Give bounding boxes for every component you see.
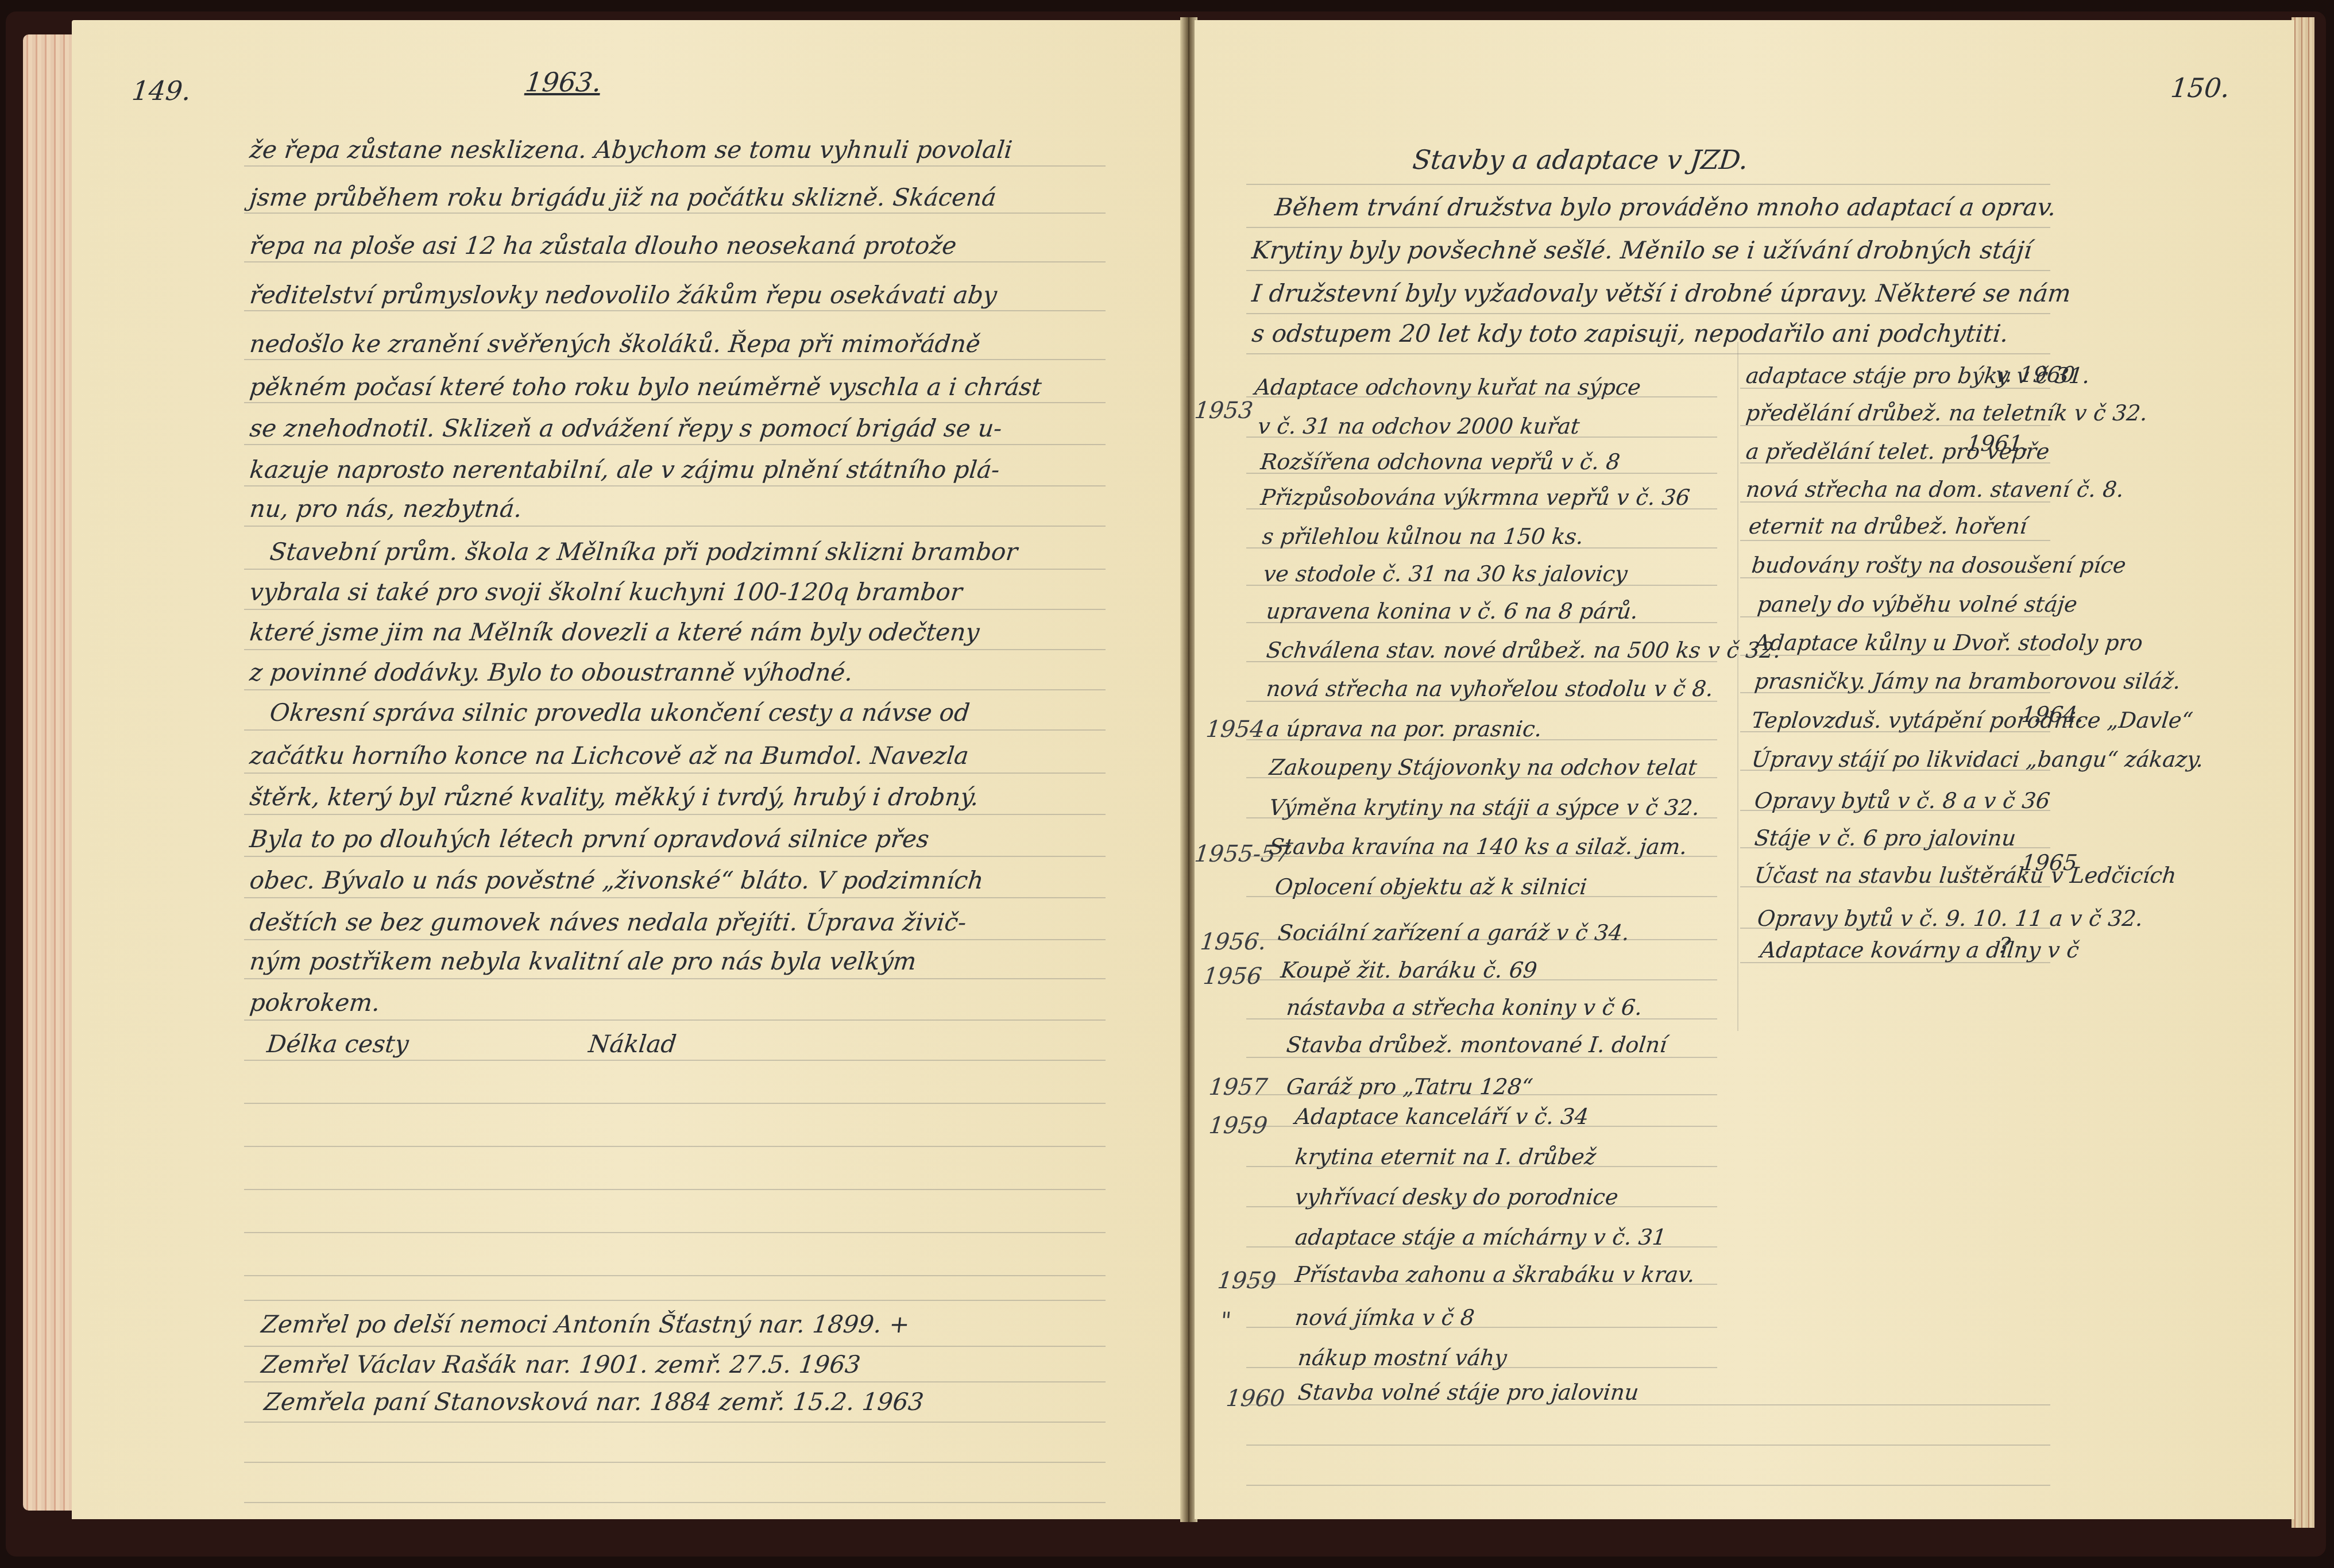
list-item: Oplocení objektu až k silnici <box>1274 876 1588 898</box>
year-heading: 1963. <box>524 69 603 95</box>
list-item: panely do výběhu volné stáje <box>1756 593 2078 615</box>
list-item: krytina eternit na I. drůbež <box>1294 1146 1597 1168</box>
text-line: řepa na ploše asi 12 ha zůstala dlouho n… <box>249 234 958 258</box>
text-line: se znehodnotil. Sklizeň a odvážení řepy … <box>249 416 1003 441</box>
list-item: eternit na drůbež. hoření <box>1748 515 2028 537</box>
text-line: Okresní správa silnic provedla ukončení … <box>269 701 971 725</box>
text-line: kazuje naprosto nerentabilní, ale v zájm… <box>249 458 1001 482</box>
year-note: 1965 <box>2020 852 2078 874</box>
column-header-length: Délka cesty <box>266 1032 410 1056</box>
text-line: nedošlo ke zranění svěřených školáků. Ře… <box>249 332 981 356</box>
text-line: pokrokem. <box>249 991 381 1015</box>
text-line: pěkném počasí které toho roku bylo neúmě… <box>249 375 1043 399</box>
year-note: v. 1960 <box>1995 364 2076 385</box>
right-page: 150. Stavby a adaptace v JZD. Během trvá… <box>1195 20 2294 1519</box>
list-item: vyhřívací desky do porodnice <box>1294 1186 1620 1208</box>
list-item: nástavba a střecha koniny v č 6. <box>1285 997 1643 1018</box>
text-line: nu, pro nás, nezbytná. <box>249 497 523 521</box>
text-line: I družstevní byly vyžadovaly větší i dro… <box>1251 281 2072 306</box>
year-label: 1954 <box>1205 718 1266 741</box>
list-item: adaptace stáje a míchárny v č. 31 <box>1294 1226 1667 1248</box>
year-label: 1956 <box>1202 965 1263 988</box>
list-item: nákup mostní váhy <box>1297 1347 1508 1369</box>
list-item: Výměna krytiny na stáji a sýpce v č 32. <box>1268 797 1701 818</box>
text-line: že řepa zůstane nesklizena. Abychom se t… <box>249 138 1014 162</box>
list-item: prasničky. Jámy na bramborovou siláž. <box>1753 670 2182 692</box>
list-item: Opravy bytů v č. 8 a v č 36 <box>1753 790 2051 812</box>
section-title: Stavby a adaptace v JZD. <box>1412 146 1749 173</box>
text-line: ředitelství průmyslovky nedovolilo žákům… <box>249 283 998 307</box>
list-item: Sociální zařízení a garáž v č 34. <box>1277 922 1630 944</box>
text-line: jsme průběhem roku brigádu již na počátk… <box>249 186 998 210</box>
list-item: Koupě žit. baráku č. 69 <box>1280 959 1538 981</box>
list-item: Přístavba zahonu a škrabáku v krav. <box>1294 1264 1696 1285</box>
list-item: Opravy bytů v č. 9. 10. 11 a v č 32. <box>1756 907 2144 929</box>
list-item: Přizpůsobována výkrmna vepřů v č. 36 <box>1259 486 1691 508</box>
text-line: Během trvání družstva bylo prováděno mno… <box>1274 195 2057 219</box>
list-item: Schválena stav. nové drůbež. na 500 ks v… <box>1265 639 1782 661</box>
list-item: nová jímka v č 8 <box>1294 1307 1475 1328</box>
death-record: Zemřela paní Stanovsková nar. 1884 zemř.… <box>263 1390 925 1414</box>
list-item: Stavba volné stáje pro jalovinu <box>1297 1381 1640 1403</box>
death-record: Zemřel Václav Rašák nar. 1901. zemř. 27.… <box>260 1353 862 1377</box>
text-line: vybrala si také pro svoji školní kuchyni… <box>249 580 964 604</box>
text-line: štěrk, který byl různé kvality, měkký i … <box>249 785 980 809</box>
year-label: 1959 <box>1216 1269 1277 1292</box>
text-line: z povinné dodávky. Bylo to oboustranně v… <box>249 661 854 685</box>
list-item: ve stodole č. 31 na 30 ks jalovicy <box>1262 563 1629 585</box>
list-item: Teplovzduš. vytápění porodnice „Davle“ <box>1750 709 2194 731</box>
list-item: Adaptace odchovny kuřat na sýpce <box>1254 376 1642 398</box>
page-number: 150. <box>2170 75 2231 101</box>
text-line: s odstupem 20 let kdy toto zapisuji, nep… <box>1251 322 2010 346</box>
page-number: 149. <box>131 78 192 104</box>
text-line: Krytiny byly povšechně sešlé. Měnilo se … <box>1251 238 2033 262</box>
right-page-edges <box>2292 17 2314 1528</box>
list-item: upravena konina v č. 6 na 8 párů. <box>1265 600 1639 622</box>
death-record: Zemřel po delší nemoci Antonín Šťastný n… <box>260 1312 911 1337</box>
year-note: 1964. <box>2020 704 2085 725</box>
list-item: Rozšířena odchovna vepřů v č. 8 <box>1259 451 1621 473</box>
list-item: nová střecha na vyhořelou stodolu v č 8. <box>1265 678 1714 700</box>
year-label: 1957 <box>1208 1076 1269 1099</box>
list-item: Adaptace kanceláří v č. 34 <box>1294 1106 1590 1127</box>
list-item: v č. 31 na odchov 2000 kuřat <box>1257 415 1581 437</box>
list-item: Účast na stavbu luštěráku v Ledčicích <box>1753 864 2177 886</box>
question-mark-note: ? <box>1997 934 2011 956</box>
text-line: Byla to po dlouhých létech první opravdo… <box>249 827 930 851</box>
list-item: a úprava na por. prasnic. <box>1265 718 1543 740</box>
left-page: 149. 1963. že řepa zůstane nesklizena. A… <box>72 20 1183 1519</box>
text-line: obec. Bývalo u nás pověstné „živonské“ b… <box>249 868 985 893</box>
text-line: deštích se bez gumovek náves nedala přej… <box>249 910 968 934</box>
column-header-cost: Náklad <box>588 1032 678 1056</box>
text-line: Stavební prům. škola z Mělníka při podzi… <box>269 540 1019 564</box>
list-item: Adaptace kovárny a dílny v č <box>1759 939 2080 961</box>
list-item: Stavba drůbež. montované I. dolní <box>1285 1034 1668 1056</box>
list-item: Zakoupeny Stájovonky na odchov telat <box>1268 756 1698 778</box>
text-line: ným postřikem nebyla kvalitní ale pro ná… <box>249 949 918 974</box>
year-label: 1956. <box>1199 930 1268 953</box>
list-item: s přilehlou kůlnou na 150 ks. <box>1261 526 1585 547</box>
text-line: začátku horního konce na Lichcově až na … <box>249 744 970 768</box>
text-line: které jsme jim na Mělník dovezli a které… <box>249 620 981 644</box>
list-item: Úpravy stájí po likvidaci „bangu“ zákazy… <box>1750 748 2205 770</box>
year-label: 1953 <box>1193 399 1254 422</box>
list-item: nová střecha na dom. stavení č. 8. <box>1745 478 2125 500</box>
list-item: Adaptace kůlny u Dvoř. stodoly pro <box>1753 632 2144 654</box>
year-note: 1961. <box>1966 432 2031 454</box>
list-item: Stavba kravína na 140 ks a silaž. jam. <box>1268 836 1688 858</box>
list-item: Stáje v č. 6 pro jalovinu <box>1753 827 2017 849</box>
list-item: předělání drůbež. na teletník v č 32. <box>1745 402 2148 424</box>
year-label: 1960 <box>1225 1387 1286 1410</box>
list-item: budovány rošty na dosoušení píce <box>1750 554 2127 576</box>
ditto-mark: " <box>1219 1310 1232 1333</box>
